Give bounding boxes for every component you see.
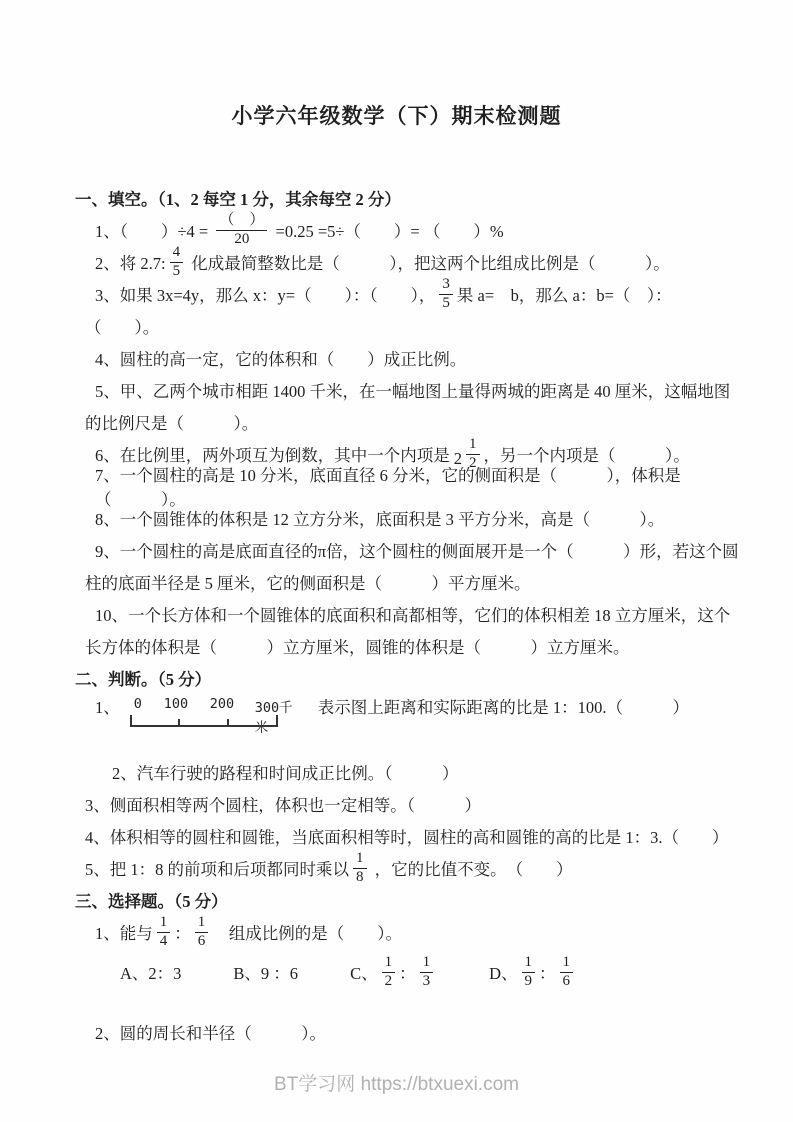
fraction-denominator: 6 [560, 973, 574, 990]
judge-q4-text: 4、体积相等的圆柱和圆锥，当底面积相等时，圆柱的高和圆锥的高的比是 1：3.（ … [85, 824, 729, 848]
fill-q9-text2: 柱的底面半径是 5 厘米，它的侧面积是（ ）平方厘米。 [85, 570, 531, 594]
footer-watermark: BT学习网 https://btxuexi.com [0, 1069, 793, 1096]
option-c: C、12：13 [350, 954, 437, 990]
choice-question-1: 1、能与14：16 组成比例的是（ ）。 [75, 916, 745, 948]
fill-q5-text1: 5、甲、乙两个城市相距 1400 千米，在一幅地图上量得两城的距离是 40 厘米… [95, 378, 730, 402]
fraction-denominator: 2 [382, 973, 396, 990]
fill-question-9-line1: 9、一个圆柱的高是底面直径的π倍，这个圆柱的侧面展开是一个（ ）形，若这个圆 [75, 534, 745, 566]
fraction-3-5: 35 [439, 276, 453, 312]
fraction-1-6: 16 [195, 914, 209, 950]
fraction-numerator: 1 [522, 954, 536, 972]
section-judge-heading: 二、判断。（5 分） [75, 662, 745, 694]
fraction-denominator: 3 [420, 973, 434, 990]
fill-q2-post: 化成最简整数比是（ ），把这两个比组成比例是（ ）。 [187, 250, 670, 274]
fill-question-3-line1: 3、如果 3x=4y，那么 x：y=（ ）：（ ），35果 a= b，那么 a：… [75, 278, 745, 310]
fill-q9-text1: 9、一个圆柱的高是底面直径的π倍，这个圆柱的侧面展开是一个（ ）形，若这个圆 [95, 538, 739, 562]
fraction-1-3: 13 [420, 954, 434, 990]
fill-q8-text: 8、一个圆锥体的体积是 12 立方分米，底面积是 3 平方分米，高是（ ）。 [95, 506, 664, 530]
page-title: 小学六年级数学（下）期末检测题 [0, 100, 793, 130]
section-choice-heading: 三、选择题。（5 分） [75, 884, 745, 916]
fill-question-4: 4、圆柱的高一定，它的体积和（ ）成正比例。 [75, 342, 745, 374]
fraction-1-9: 19 [522, 954, 536, 990]
choice-question-2: 2、圆的周长和半径（ ）。 [75, 1016, 745, 1048]
fraction-numerator: 1 [157, 914, 171, 932]
fraction-numerator: 4 [170, 244, 184, 262]
option-d-label: D、 [489, 960, 517, 984]
judge-q5-pre: 5、把 1：8 的前项和后项都同时乘以 [85, 856, 349, 880]
scale-label-0: 0 [134, 696, 142, 712]
option-c-label: C、 [350, 960, 378, 984]
judge-q1-number: 1、 [95, 694, 120, 718]
judge-q5-post: ，它的比值不变。 （ ） [371, 856, 573, 880]
fill-question-5-line2: 的比例尺是（ ）。 [75, 406, 745, 438]
mixed-number-whole: 2 [454, 449, 462, 469]
exam-page: 小学六年级数学（下）期末检测题 一、填空。（1、2 每空 1 分，其余每空 2 … [0, 0, 793, 1122]
fraction-numerator: 3 [439, 276, 453, 294]
option-a: A、2：3 [120, 960, 181, 984]
fill-question-10-line1: 10、一个长方体和一个圆锥体的底面积和高都相等，它们的体积相差 18 立方厘米，… [75, 598, 745, 630]
fill-question-3-line2: （ ）。 [75, 310, 745, 342]
ratio-colon: ： [174, 920, 191, 944]
map-scale-diagram: 0 100 200 300千米 [128, 696, 306, 730]
fill-question-7: 7、一个圆柱的高是 10 分米，底面直径 6 分米，它的侧面积是（ ），体积是（… [75, 470, 745, 502]
fill-q10-text2: 长方体的体积是（ ）立方厘米，圆锥的体积是（ ）立方厘米。 [85, 634, 630, 658]
ratio-colon: ： [399, 960, 416, 984]
fraction-4-5: 45 [170, 244, 184, 280]
exam-body: 一、填空。（1、2 每空 1 分，其余每空 2 分） 1、（ ）÷4 = （ ）… [0, 182, 793, 1048]
judge-question-4: 4、体积相等的圆柱和圆锥，当底面积相等时，圆柱的高和圆锥的高的比是 1：3.（ … [75, 820, 745, 852]
fraction-denominator: 6 [195, 933, 209, 950]
option-b: B、9 ：6 [233, 960, 298, 984]
scale-label-200: 200 [210, 696, 234, 712]
fraction-numerator: 1 [195, 914, 209, 932]
fill-q5-text2: 的比例尺是（ ）。 [85, 410, 258, 434]
fill-q1-pre: 1、（ ）÷4 = [95, 218, 212, 242]
fill-q3-cont: （ ）。 [85, 314, 159, 338]
fill-q1-post: =0.25 =5÷（ ）= （ ）% [271, 218, 503, 242]
fraction-numerator: 1 [560, 954, 574, 972]
choice-q1-options: A、2：3 B、9 ：6 C、12：13 D、19：16 [75, 952, 745, 992]
fraction-numerator: 1 [353, 850, 367, 868]
scale-tick [178, 719, 180, 725]
scale-ruler-line [130, 715, 278, 727]
choice-q1-pre: 1、能与 [95, 920, 153, 944]
scale-tick [130, 715, 132, 725]
fraction-numerator: 1 [382, 954, 396, 972]
fill-question-9-line2: 柱的底面半径是 5 厘米，它的侧面积是（ ）平方厘米。 [75, 566, 745, 598]
judge-question-1: 1、 0 100 200 300千米 表示图上距离和实际距离的比是 1：100.… [75, 694, 745, 746]
fill-q2-pre: 2、将 2.7: [95, 250, 166, 274]
fraction-denominator: 9 [522, 973, 536, 990]
scale-label-100: 100 [164, 696, 188, 712]
judge-question-5: 5、把 1：8 的前项和后项都同时乘以18 ，它的比值不变。 （ ） [75, 852, 745, 884]
judge-q1-text: 表示图上距离和实际距离的比是 1：100.（ ） [318, 694, 689, 718]
fraction-numerator: 1 [420, 954, 434, 972]
fill-question-8: 8、一个圆锥体的体积是 12 立方分米，底面积是 3 平方分米，高是（ ）。 [75, 502, 745, 534]
scale-tick [227, 719, 229, 725]
fill-question-1: 1、（ ）÷4 = （ ）20 =0.25 =5÷（ ）= （ ）% [75, 214, 745, 246]
section-fill-heading: 一、填空。（1、2 每空 1 分，其余每空 2 分） [75, 182, 745, 214]
fraction-denominator: 5 [439, 295, 453, 312]
fill-q7-text: 7、一个圆柱的高是 10 分米，底面直径 6 分米，它的侧面积是（ ），体积是（… [95, 462, 745, 510]
fill-question-5-line1: 5、甲、乙两个城市相距 1400 千米，在一幅地图上量得两城的距离是 40 厘米… [75, 374, 745, 406]
fill-q3-pre: 3、如果 3x=4y，那么 x：y=（ ）：（ ）， [95, 282, 435, 306]
fraction-numerator: （ ） [216, 212, 267, 230]
fraction-denominator: 20 [231, 231, 252, 248]
fill-q3-mid: 果 a= b，那么 a：b=（ ）： [457, 282, 672, 306]
ratio-colon: ： [539, 960, 556, 984]
fraction-numerator: 1 [466, 436, 480, 454]
fill-q10-text1: 10、一个长方体和一个圆锥体的底面积和高都相等，它们的体积相差 18 立方厘米，… [95, 602, 730, 626]
fraction-1-8: 18 [353, 850, 367, 886]
fraction-denominator: 8 [353, 869, 367, 886]
fraction-blank-over-20: （ ）20 [216, 212, 267, 248]
scale-tick [276, 715, 278, 725]
fill-question-10-line2: 长方体的体积是（ ）立方厘米，圆锥的体积是（ ）立方厘米。 [75, 630, 745, 662]
fraction-1-2: 12 [382, 954, 396, 990]
fraction-1-6: 16 [560, 954, 574, 990]
choice-q1-post: 组成比例的是（ ）。 [212, 920, 402, 944]
fill-question-2: 2、将 2.7:45 化成最简整数比是（ ），把这两个比组成比例是（ ）。 [75, 246, 745, 278]
fill-q4-text: 4、圆柱的高一定，它的体积和（ ）成正比例。 [95, 346, 466, 370]
fraction-1-4: 14 [157, 914, 171, 950]
choice-q2-text: 2、圆的周长和半径（ ）。 [95, 1020, 326, 1044]
option-d: D、19：16 [489, 954, 577, 990]
fraction-denominator: 5 [170, 263, 184, 280]
fraction-denominator: 4 [157, 933, 171, 950]
